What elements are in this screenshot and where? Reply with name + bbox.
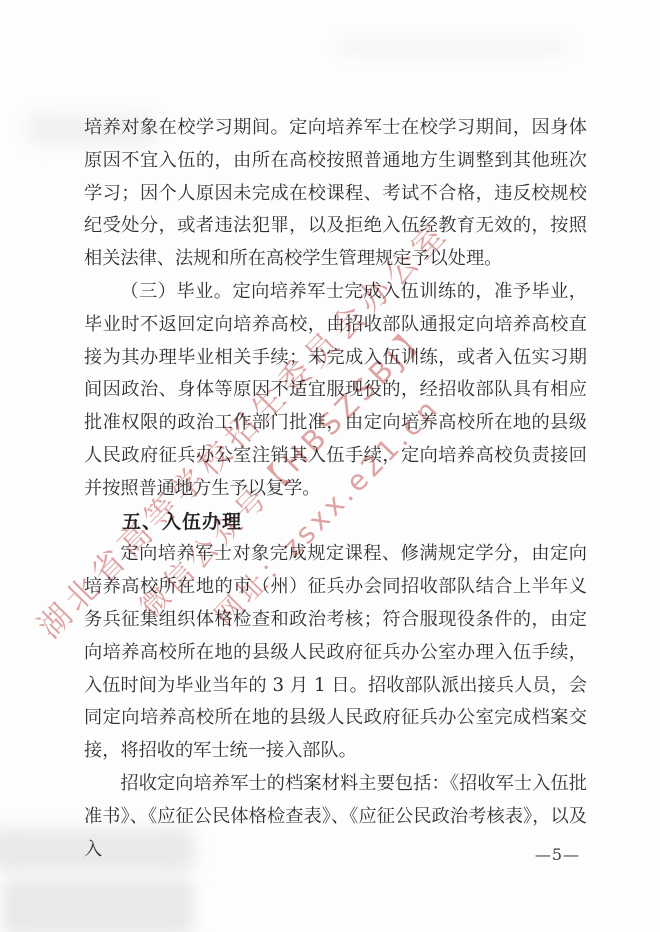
body-paragraph: 培养对象在校学习期间。定向培养军士在校学习期间，因身体原因不宜入伍的，由所在高校… [84, 112, 587, 276]
document-body: 培养对象在校学习期间。定向培养军士在校学习期间，因身体原因不宜入伍的，由所在高校… [84, 112, 587, 866]
body-paragraph: 招收定向培养军士的档案材料主要包括：《招收军士入伍批准书》、《应征公民体格检查表… [84, 768, 587, 866]
page-number: —5— [535, 845, 580, 864]
section-heading: 五、入伍办理 [84, 506, 587, 539]
scan-artifact [338, 40, 568, 54]
document-page: 培养对象在校学习期间。定向培养军士在校学习期间，因身体原因不宜入伍的，由所在高校… [0, 0, 660, 932]
body-paragraph: （三）毕业。定向培养军士完成入伍训练的，准予毕业，毕业时不返回定向培养高校，由招… [84, 276, 587, 506]
scan-artifact [2, 878, 194, 932]
body-paragraph: 定向培养军士对象完成规定课程、修满规定学分，由定向培养高校所在地的市（州）征兵办… [84, 538, 587, 768]
